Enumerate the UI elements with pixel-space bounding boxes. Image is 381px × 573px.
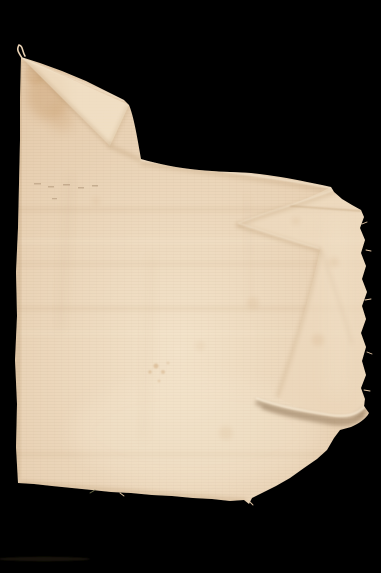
stain-blotch [50, 104, 74, 132]
slub-mark [48, 186, 54, 188]
stain-blotch [92, 197, 100, 205]
slub-mark [78, 187, 84, 189]
stain-blotch [292, 217, 300, 225]
slub-mark [92, 185, 98, 187]
stain-dot [161, 370, 165, 374]
flap-light-band [328, 215, 346, 395]
stain-blotch [312, 334, 324, 346]
stain-dot [148, 370, 151, 373]
stain-blotch [247, 297, 259, 309]
stain-blotch [195, 341, 205, 351]
photo-canvas [0, 0, 381, 573]
stain-dot [167, 362, 170, 365]
stain-blotch [329, 257, 339, 267]
slub-mark [34, 183, 41, 185]
slub-mark [52, 198, 57, 199]
stain-dot [154, 364, 159, 369]
backdrop-reflection-streak [0, 557, 90, 561]
stain-dot [158, 380, 161, 383]
stain-blotch [219, 426, 233, 440]
textile-photograph: Museum-style photograph of an undyed cre… [0, 0, 381, 573]
